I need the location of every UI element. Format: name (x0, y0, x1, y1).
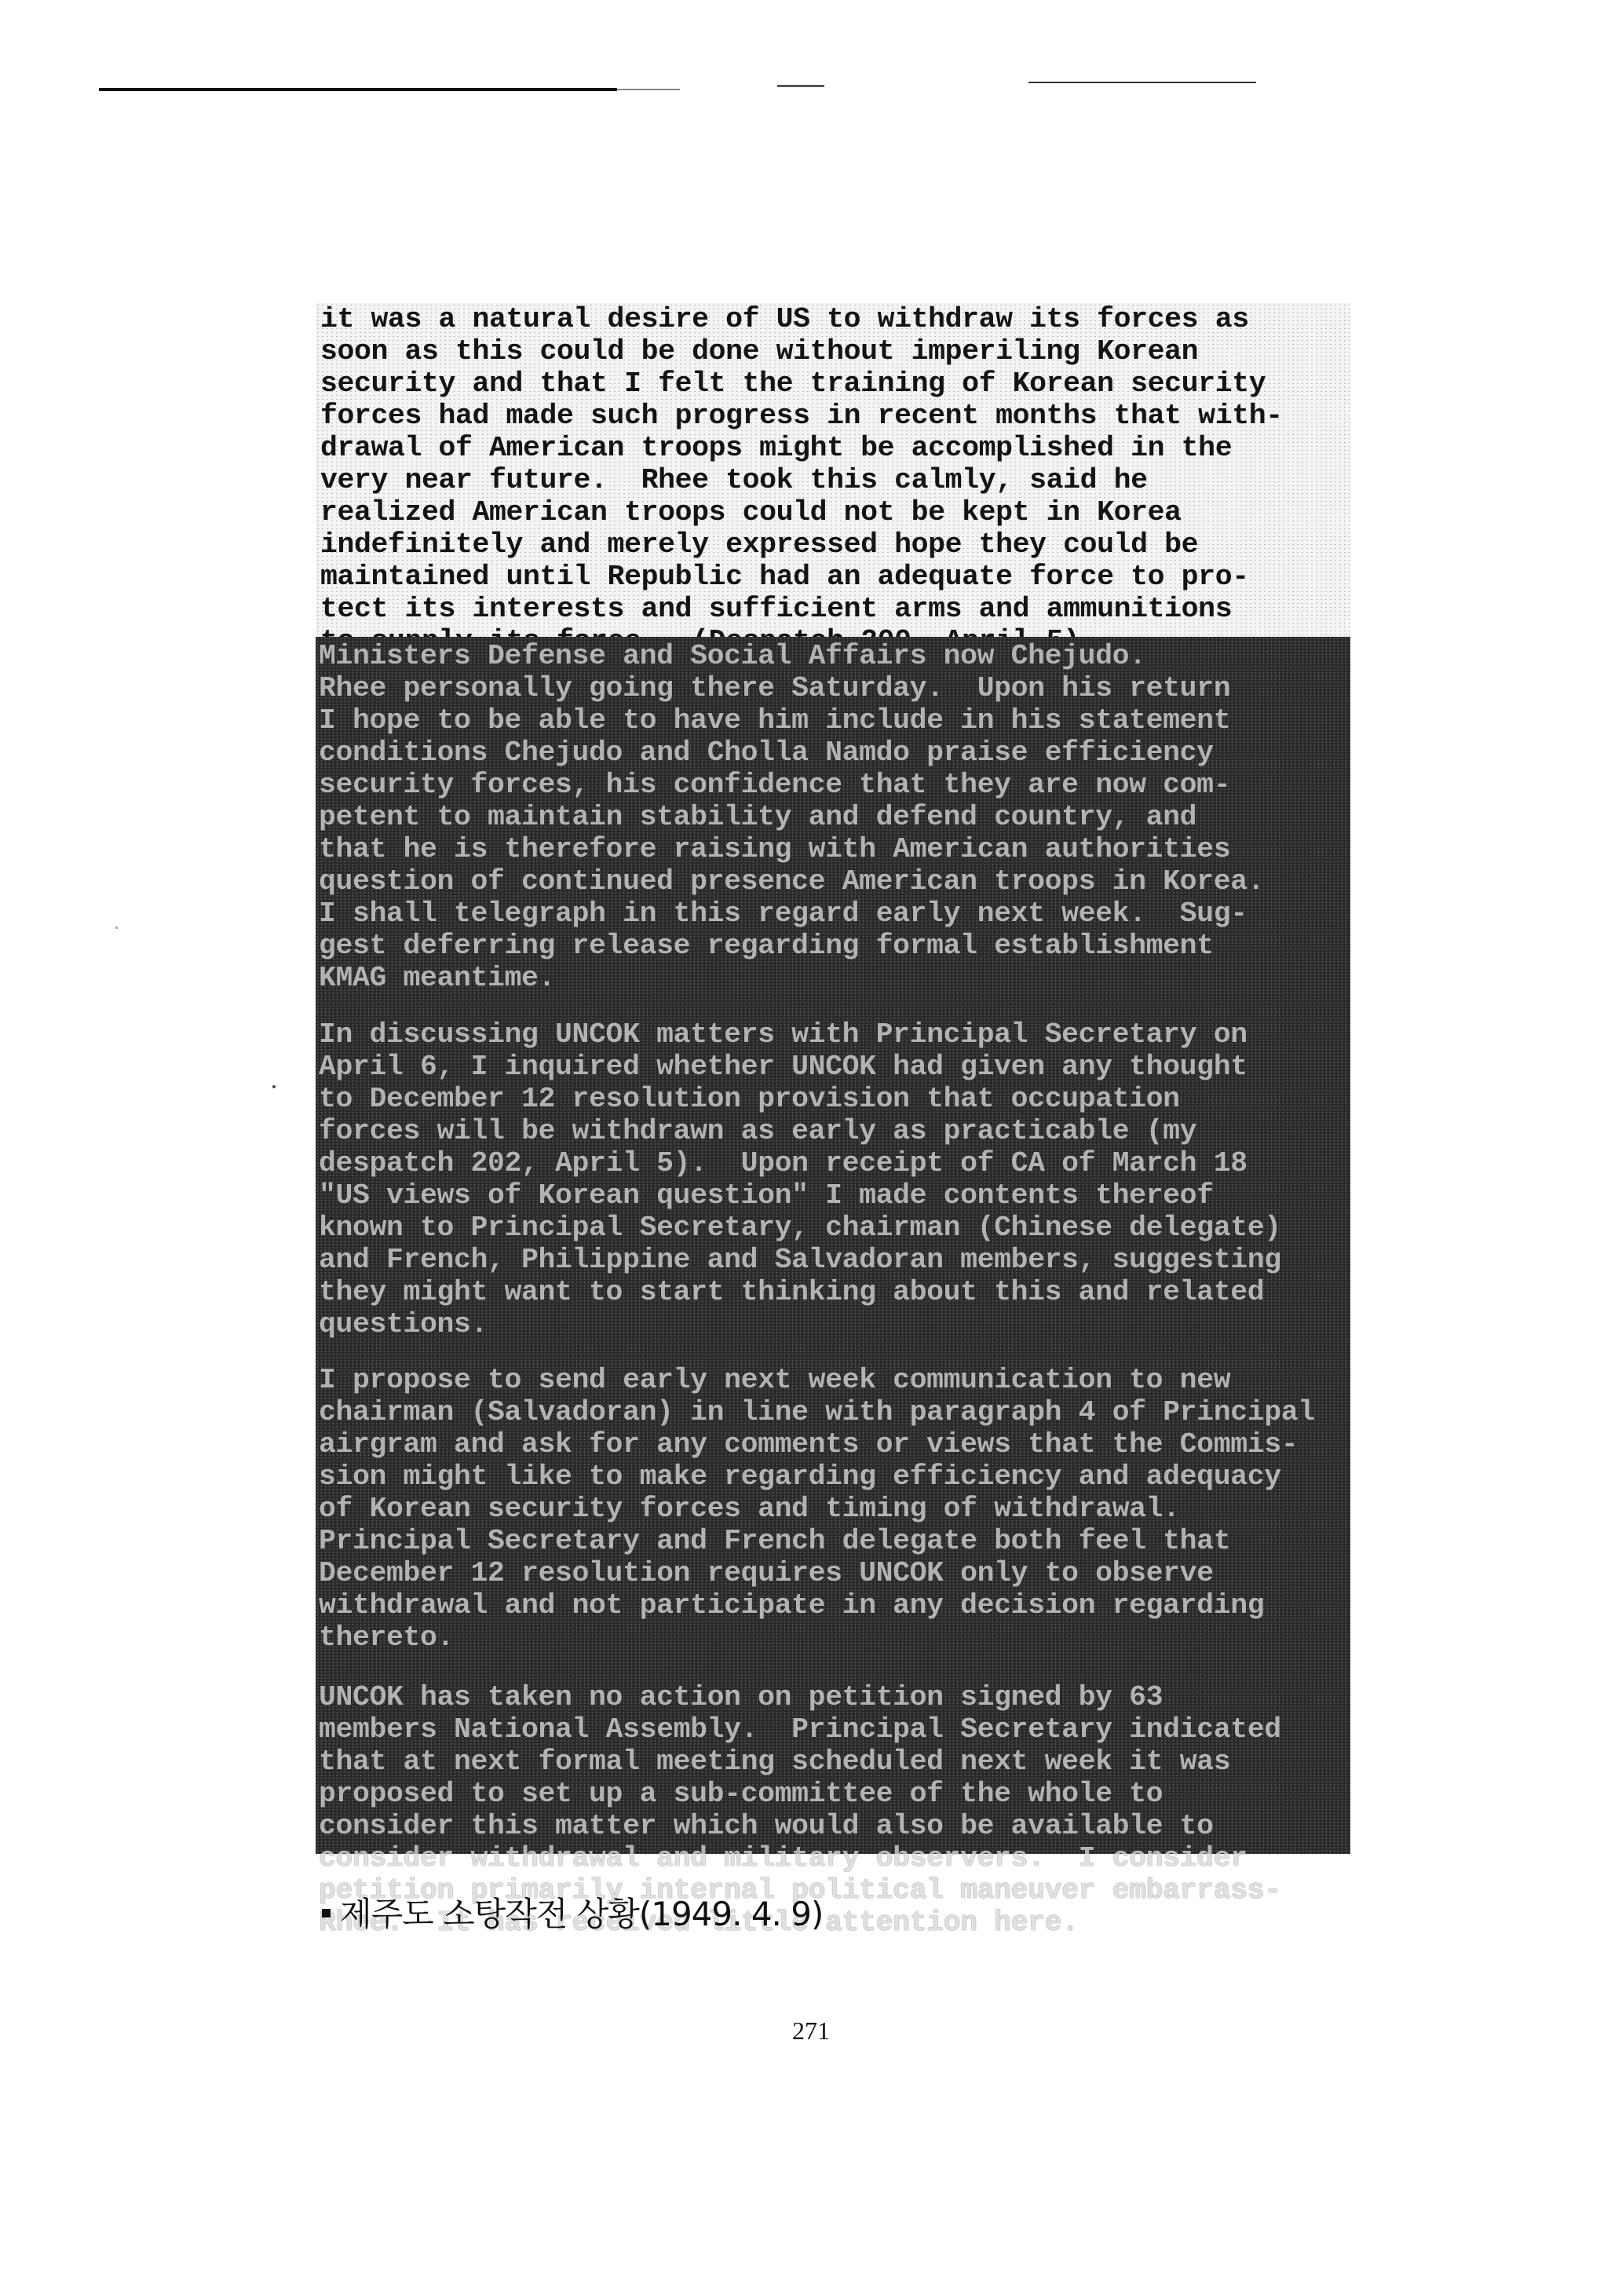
figure-caption-text: 제주도 소탕작전 상황(1949. 4. 9) (340, 1895, 823, 1933)
stray-mark (272, 1085, 276, 1088)
figure-caption: 제주도 소탕작전 상황(1949. 4. 9) (322, 1888, 823, 1936)
stray-mark (115, 927, 118, 929)
header-rule-left-faint (617, 89, 680, 90)
bullet-icon (322, 1909, 331, 1918)
scan-dark-section: Ministers Defense and Social Affairs now… (316, 637, 1350, 1854)
page-number: 271 (0, 2016, 1622, 2046)
telegram-paragraph-uncok-discussion: In discussing UNCOK matters with Princip… (319, 1018, 1281, 1340)
header-rule-right (1028, 82, 1256, 83)
header-rule-center (777, 85, 824, 87)
header-rule-left (99, 88, 617, 91)
scan-light-section: it was a natural desire of US to withdra… (316, 303, 1350, 637)
telegram-paragraph-proposal: I propose to send early next week commun… (319, 1364, 1315, 1654)
telegram-paragraph-chejudo: Ministers Defense and Social Affairs now… (319, 640, 1264, 994)
scanned-telegram-image: it was a natural desire of US to withdra… (316, 303, 1350, 1854)
telegram-paragraph-intro: it was a natural desire of US to withdra… (320, 303, 1283, 657)
